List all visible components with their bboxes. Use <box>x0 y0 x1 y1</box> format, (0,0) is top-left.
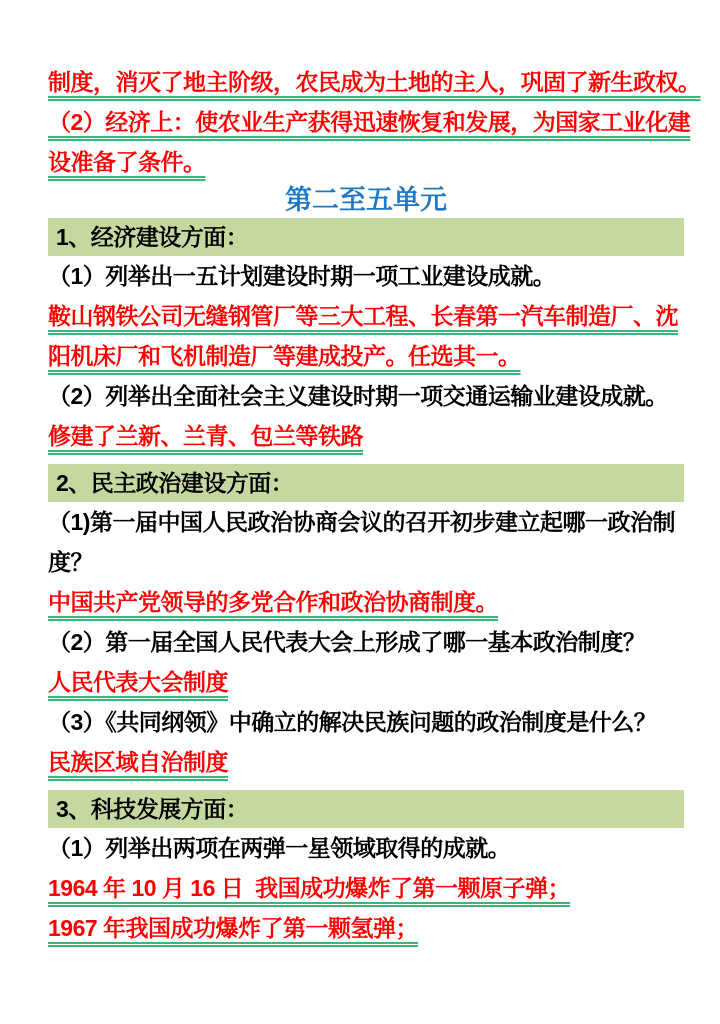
answer-text: 设准备了条件。 <box>48 149 206 175</box>
answer-text: 中国共产党领导的多党合作和政治协商制度。 <box>48 589 498 615</box>
answer-text: 鞍山钢铁公司无缝钢管厂等三大工程、长春第一汽车制造厂、沈 <box>48 303 678 329</box>
question-line: 度？ <box>48 542 684 582</box>
answer-line: 人民代表大会制度 <box>48 662 684 702</box>
question-line: （2）第一届全国人民代表大会上形成了哪一基本政治制度？ <box>48 622 684 662</box>
answer-text: 人民代表大会制度 <box>48 669 228 695</box>
answer-line: 1964 年 10 月 16 日 我国成功爆炸了第一颗原子弹； <box>48 868 684 908</box>
question-line: （3）《共同纲领》中确立的解决民族问题的政治制度是什么？ <box>48 702 684 742</box>
answer-line: 阳机床厂和飞机制造厂等建成投产。任选其一。 <box>48 336 684 376</box>
answer-line: 鞍山钢铁公司无缝钢管厂等三大工程、长春第一汽车制造厂、沈 <box>48 296 684 336</box>
question-text: （3）《共同纲领》中确立的解决民族问题的政治制度是什么？ <box>48 709 656 735</box>
question-text: （1）列举出一五计划建设时期一项工业建设成就。 <box>48 263 555 289</box>
section-title: 1、经济建设方面： <box>56 224 248 250</box>
question-line: （1)第一届中国人民政治协商会议的召开初步建立起哪一政治制 <box>48 502 684 542</box>
document-page: 制度，消灭了地主阶级，农民成为土地的主人，巩固了新生政权。 （2）经济上：使农业… <box>0 0 720 1024</box>
answer-line: 民族区域自治制度 <box>48 742 684 782</box>
unit-heading: 第二至五单元 <box>48 182 684 218</box>
answer-line: （2）经济上：使农业生产获得迅速恢复和发展，为国家工业化建 <box>48 102 684 142</box>
answer-text: （2）经济上：使农业生产获得迅速恢复和发展，为国家工业化建 <box>48 109 690 135</box>
section-title: 2、民主政治建设方面： <box>56 470 293 496</box>
answer-line: 修建了兰新、兰青、包兰等铁路 <box>48 416 684 456</box>
section-title: 3、科技发展方面： <box>56 796 248 822</box>
answer-text: 1967 年我国成功爆炸了第一颗氢弹； <box>48 915 418 941</box>
section-title-bar-economy: 1、经济建设方面： <box>48 218 684 256</box>
answer-line: 制度，消灭了地主阶级，农民成为土地的主人，巩固了新生政权。 <box>48 62 684 102</box>
question-line: （1）列举出一五计划建设时期一项工业建设成就。 <box>48 256 684 296</box>
question-line: （1）列举出两项在两弹一星领域取得的成就。 <box>48 828 684 868</box>
answer-line: 设准备了条件。 <box>48 142 684 182</box>
question-line: （2）列举出全面社会主义建设时期一项交通运输业建设成就。 <box>48 376 684 416</box>
answer-text: 制度，消灭了地主阶级，农民成为土地的主人，巩固了新生政权。 <box>48 69 701 95</box>
answer-line: 中国共产党领导的多党合作和政治协商制度。 <box>48 582 684 622</box>
answer-text: 阳机床厂和飞机制造厂等建成投产。任选其一。 <box>48 343 521 369</box>
question-text: （2）列举出全面社会主义建设时期一项交通运输业建设成就。 <box>48 383 668 409</box>
section-title-bar-politics: 2、民主政治建设方面： <box>48 464 684 502</box>
intro-answer-paragraph: 制度，消灭了地主阶级，农民成为土地的主人，巩固了新生政权。 （2）经济上：使农业… <box>48 62 684 182</box>
answer-text: 民族区域自治制度 <box>48 749 228 775</box>
answer-line: 1967 年我国成功爆炸了第一颗氢弹； <box>48 908 684 948</box>
section-title-bar-science: 3、科技发展方面： <box>48 790 684 828</box>
question-text: （2）第一届全国人民代表大会上形成了哪一基本政治制度？ <box>48 629 645 655</box>
question-text: 度？ <box>48 549 93 575</box>
answer-text: 1964 年 10 月 16 日 我国成功爆炸了第一颗原子弹； <box>48 875 570 901</box>
question-text: （1)第一届中国人民政治协商会议的召开初步建立起哪一政治制 <box>48 509 675 535</box>
answer-text: 修建了兰新、兰青、包兰等铁路 <box>48 423 363 449</box>
question-text: （1）列举出两项在两弹一星领域取得的成就。 <box>48 835 510 861</box>
